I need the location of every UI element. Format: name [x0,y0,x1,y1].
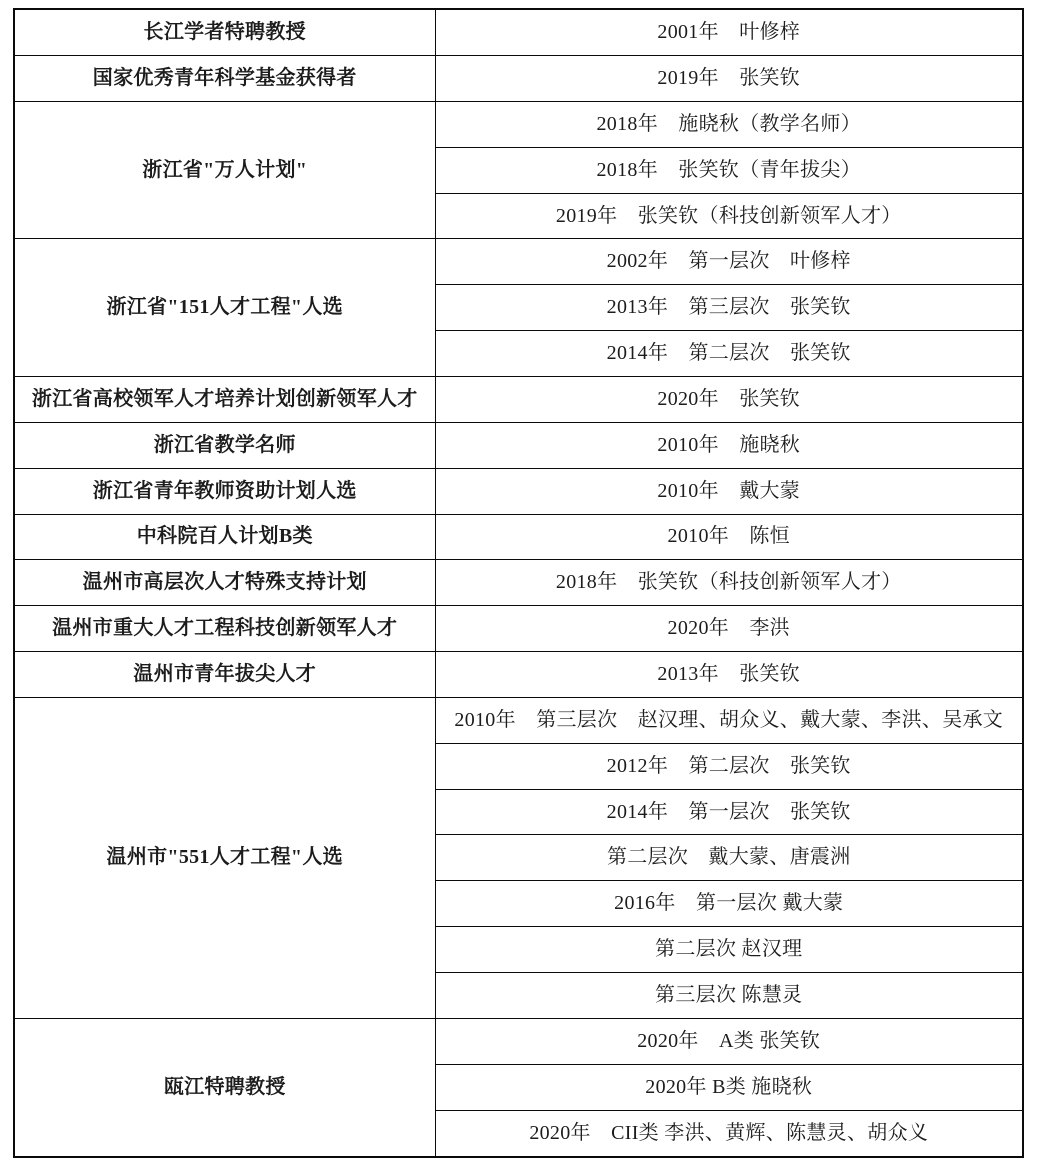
table-row: 瓯江特聘教授2020年 A类 张笑钦 [14,1018,1023,1064]
awardee-cell: 2019年 张笑钦 [435,56,1023,102]
table-row: 温州市"551人才工程"人选2010年 第三层次 赵汉理、胡众义、戴大蒙、李洪、… [14,697,1023,743]
table-row: 浙江省"151人才工程"人选2002年 第一层次 叶修梓 [14,239,1023,285]
program-name-cell: 国家优秀青年科学基金获得者 [14,56,435,102]
awardee-cell: 2016年 第一层次 戴大蒙 [435,881,1023,927]
awardee-cell: 2010年 施晓秋 [435,422,1023,468]
awardee-cell: 2010年 第三层次 赵汉理、胡众义、戴大蒙、李洪、吴承文 [435,697,1023,743]
table-row: 浙江省教学名师2010年 施晓秋 [14,422,1023,468]
awardee-cell: 2018年 张笑钦（科技创新领军人才） [435,560,1023,606]
awardee-cell: 2010年 戴大蒙 [435,468,1023,514]
awardee-cell: 2020年 张笑钦 [435,377,1023,423]
awardee-cell: 2001年 叶修梓 [435,9,1023,56]
table-row: 浙江省"万人计划"2018年 施晓秋（教学名师） [14,101,1023,147]
awardee-cell: 2012年 第二层次 张笑钦 [435,743,1023,789]
program-name-cell: 浙江省"万人计划" [14,101,435,239]
awardee-cell: 2020年 A类 张笑钦 [435,1018,1023,1064]
awardee-cell: 2019年 张笑钦（科技创新领军人才） [435,193,1023,239]
awardee-cell: 2018年 施晓秋（教学名师） [435,101,1023,147]
program-name-cell: 瓯江特聘教授 [14,1018,435,1157]
awardee-cell: 2018年 张笑钦（青年拔尖） [435,147,1023,193]
program-name-cell: 温州市高层次人才特殊支持计划 [14,560,435,606]
table-row: 长江学者特聘教授2001年 叶修梓 [14,9,1023,56]
program-name-cell: 中科院百人计划B类 [14,514,435,560]
program-name-cell: 温州市重大人才工程科技创新领军人才 [14,606,435,652]
program-name-cell: 温州市"551人才工程"人选 [14,697,435,1018]
awardee-cell: 第二层次 赵汉理 [435,927,1023,973]
program-name-cell: 长江学者特聘教授 [14,9,435,56]
awardee-cell: 2020年 李洪 [435,606,1023,652]
awardee-cell: 2020年 CII类 李洪、黄辉、陈慧灵、胡众义 [435,1110,1023,1157]
document-page: 长江学者特聘教授2001年 叶修梓国家优秀青年科学基金获得者2019年 张笑钦浙… [0,0,1038,1169]
talent-awards-table: 长江学者特聘教授2001年 叶修梓国家优秀青年科学基金获得者2019年 张笑钦浙… [13,8,1024,1158]
awardee-cell: 第二层次 戴大蒙、唐震洲 [435,835,1023,881]
awardee-cell: 2020年 B类 施晓秋 [435,1064,1023,1110]
awardee-cell: 2014年 第一层次 张笑钦 [435,789,1023,835]
program-name-cell: 浙江省高校领军人才培养计划创新领军人才 [14,377,435,423]
table-row: 温州市重大人才工程科技创新领军人才2020年 李洪 [14,606,1023,652]
table-row: 温州市高层次人才特殊支持计划2018年 张笑钦（科技创新领军人才） [14,560,1023,606]
program-name-cell: 浙江省教学名师 [14,422,435,468]
program-name-cell: 温州市青年拔尖人才 [14,652,435,698]
awardee-cell: 2010年 陈恒 [435,514,1023,560]
table-row: 国家优秀青年科学基金获得者2019年 张笑钦 [14,56,1023,102]
awards-table-body: 长江学者特聘教授2001年 叶修梓国家优秀青年科学基金获得者2019年 张笑钦浙… [14,9,1023,1157]
awardee-cell: 第三层次 陈慧灵 [435,972,1023,1018]
awardee-cell: 2002年 第一层次 叶修梓 [435,239,1023,285]
table-row: 浙江省高校领军人才培养计划创新领军人才2020年 张笑钦 [14,377,1023,423]
program-name-cell: 浙江省"151人才工程"人选 [14,239,435,377]
table-row: 温州市青年拔尖人才2013年 张笑钦 [14,652,1023,698]
awardee-cell: 2013年 张笑钦 [435,652,1023,698]
awardee-cell: 2014年 第二层次 张笑钦 [435,331,1023,377]
table-row: 中科院百人计划B类2010年 陈恒 [14,514,1023,560]
program-name-cell: 浙江省青年教师资助计划人选 [14,468,435,514]
table-row: 浙江省青年教师资助计划人选2010年 戴大蒙 [14,468,1023,514]
awardee-cell: 2013年 第三层次 张笑钦 [435,285,1023,331]
